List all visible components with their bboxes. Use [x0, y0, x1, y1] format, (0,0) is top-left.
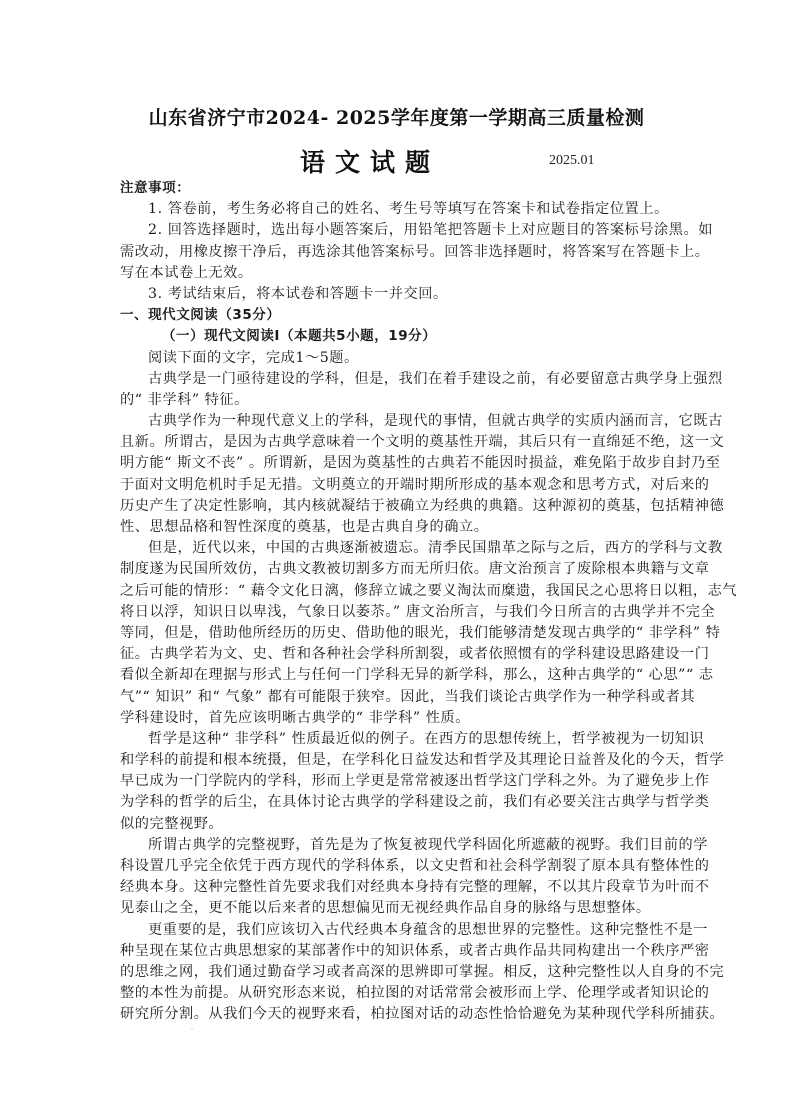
reading-instruction: 阅读下面的文字，完成1～5题。: [120, 348, 676, 369]
section-heading: 一、现代文阅读（35分）: [120, 305, 676, 326]
passage-line: 等同，但是，借助他所经历的历史、借助他的眼光，我们能够清楚发现古典学的“ 非学科…: [120, 623, 676, 644]
passage-line: 气”“ 知识” 和“ 气象” 都有可能限于狭窄。因此，当我们谈论古典学作为一种学…: [120, 687, 676, 708]
passage-line: 之后可能的情形：“ 藉令文化日漓，修辞立诚之要义淘汰而糜遗，我国民之心思将日以粗…: [120, 581, 676, 602]
passage-line: 所谓古典学的完整视野，首先是为了恢复被现代学科固化所遮蔽的视野。我们目前的学: [120, 835, 676, 856]
passage-line: 早已成为一门学院内的学科，形而上学更是常常被逐出哲学这门学科之外。为了避免步上作: [120, 771, 676, 792]
notice-line: 2. 回答选择题时，选出每小题答案后，用铅笔把答题卡上对应题目的答案标号涂黑。如: [120, 220, 676, 241]
notice-line: 需改动，用橡皮擦干净后，再选涂其他答案标号。回答非选择题时，将答案写在答题卡上。: [120, 242, 676, 263]
passage-line: 历史产生了决定性影响，其内核就凝结于被确立为经典的典籍。这种源初的奠基，包括精神…: [120, 496, 676, 517]
passage-line: 性、思想品格和智性深度的奠基，也是古典自身的确立。: [120, 517, 676, 538]
passage-line: 古典学作为一种现代意义上的学科，是现代的事情，但就古典学的实质内涵而言，它既古: [120, 411, 676, 432]
passage-line: 见泰山之全，更不能以后来者的思想偏见而无视经典作品自身的脉络与思想整体。: [120, 898, 676, 919]
passage-line: 征。古典学若为文、史、哲和各种社会学科所割裂，或者依照惯有的学科建设思路建设一门: [120, 644, 676, 665]
passage-line: 经典本身。这种完整性首先要求我们对经典本身持有完整的理解，不以其片段章节为叶而不: [120, 877, 676, 898]
notice-line: 写在本试卷上无效。: [120, 263, 676, 284]
notice-line: 3. 考试结束后，将本试卷和答题卡一并交回。: [120, 284, 676, 305]
passage-line: 但是，近代以来，中国的古典逐渐被遗忘。清季民国鼎革之际与之后，西方的学科与文教: [120, 538, 676, 559]
passage-line: 且新。所谓古，是因为古典学意味着一个文明的奠基性开端，其后只有一直绵延不绝，这一…: [120, 432, 676, 453]
passage-line: 种呈现在某位古典思想家的某部著作中的知识体系，或者古典作品共同构建出一个秩序严密: [120, 941, 676, 962]
passage-line: 于面对文明危机时手足无措。文明奠立的开端时期所形成的基本观念和思考方式，对后来的: [120, 475, 676, 496]
scan-speck: [191, 1028, 193, 1030]
notice-line: 1. 答卷前，考生务必将自己的姓名、考生号等填写在答案卡和试卷指定位置上。: [120, 199, 676, 220]
passage-line: 看似全新却在理据与形式上与任何一门学科无异的新学科，那么，这种古典学的“ 心思”…: [120, 665, 676, 686]
passage-line: 学科建设时，首先应该明晰古典学的“ 非学科” 性质。: [120, 708, 676, 729]
passage-line: 科设置几乎完全依凭于西方现代的学科体系，以文史哲和社会科学割裂了原本具有整体性的: [120, 856, 676, 877]
passage-line: 的“ 非学科” 特征。: [120, 390, 676, 411]
passage-line: 将日以浮，知识日以卑浅，气象日以萎苶。” 唐文治所言，与我们今日所言的古典学并不…: [120, 602, 676, 623]
document-body: 注意事项： 1. 答卷前，考生务必将自己的姓名、考生号等填写在答案卡和试卷指定位…: [120, 178, 676, 1026]
passage-line: 整的本性为前提。从研究形态来说，柏拉图的对话常常会被形而上学、伦理学或者知识论的: [120, 983, 676, 1004]
passage-line: 为学科的哲学的后尘，在具体讨论古典学的学科建设之前，我们有必要关注古典学与哲学类: [120, 792, 676, 813]
passage-line: 哲学是这种“ 非学科” 性质最近似的例子。在西方的思想传统上，哲学被视为一切知识: [120, 729, 676, 750]
notice-heading: 注意事项：: [120, 178, 676, 199]
exam-page: 山东省济宁市2024- 2025学年度第一学期高三质量检测 语文试题 2025.…: [0, 0, 793, 1120]
passage-line: 制度遂为民国所效仿，古典文教被切割多方而无所归依。唐文治预言了废除根本典籍与文章: [120, 559, 676, 580]
passage-line: 更重要的是，我们应该切入古代经典本身蕴含的思想世界的完整性。这种完整性不是一: [120, 920, 676, 941]
passage-line: 明方能“ 斯文不丧” 。所谓新，是因为奠基性的古典若不能因时损益，难免陷于故步自…: [120, 453, 676, 474]
subject-title: 语文试题: [300, 143, 440, 179]
passage-line: 研究所分割。从我们今天的视野来看，柏拉图对话的动态性恰恰避免为某种现代学科所捕获…: [120, 1004, 676, 1025]
exam-title: 山东省济宁市2024- 2025学年度第一学期高三质量检测: [0, 103, 793, 130]
passage-line: 古典学是一门亟待建设的学科，但是，我们在着手建设之前，有必要留意古典学身上强烈: [120, 369, 676, 390]
exam-date: 2025.01: [549, 153, 595, 169]
passage-line: 似的完整视野。: [120, 814, 676, 835]
passage-line: 的思维之网，我们通过勤奋学习或者高深的思辨即可掌握。相反，这种完整性以人自身的不…: [120, 962, 676, 983]
passage-line: 和学科的前提和根本统摄，但是，在学科化日益发达和哲学及其理论日益普及化的今天，哲…: [120, 750, 676, 771]
section-subheading: （一）现代文阅读Ⅰ（本题共5小题，19分）: [120, 326, 676, 347]
